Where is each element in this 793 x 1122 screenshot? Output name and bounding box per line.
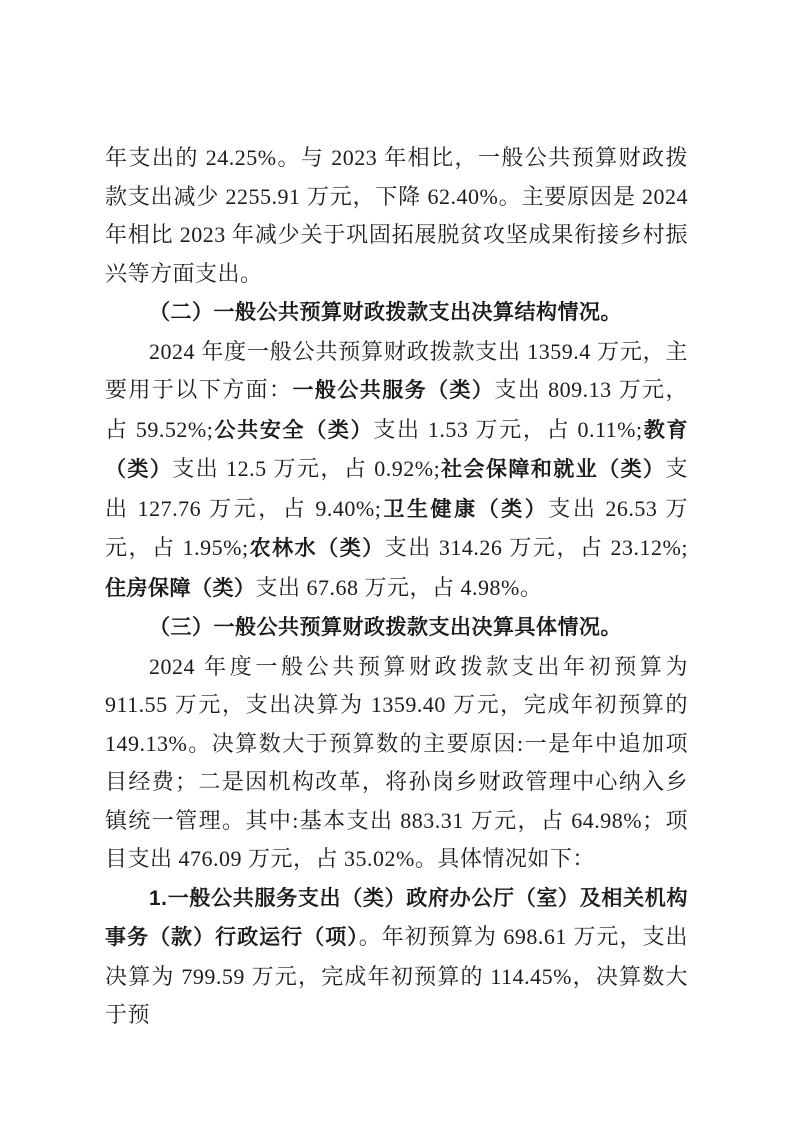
text-run: 支出 67.68 万元，占 4.98%。	[256, 575, 543, 600]
document-page: 年支出的 24.25%。与 2023 年相比，一般公共预算财政拨款支出减少 22…	[0, 0, 793, 1122]
category-name-social-security-employment: 社会保障和就业（类）	[440, 458, 665, 481]
text-run: 2024 年度一般公共预算财政拨款支出年初预算为 911.55 万元，支出决算为…	[105, 654, 688, 872]
heading-section-2: （二）一般公共预算财政拨款支出决算结构情况。	[105, 293, 688, 333]
category-name-agriculture-forestry-water: 农林水（类）	[249, 537, 385, 560]
category-name-housing-security: 住房保障（类）	[105, 577, 256, 600]
paragraph-continuation: 年支出的 24.25%。与 2023 年相比，一般公共预算财政拨款支出减少 22…	[105, 139, 688, 293]
text-run: 支出 1.53 万元，占 0.11%;	[373, 417, 642, 442]
category-name-public-security: 公共安全（类）	[213, 419, 373, 442]
text-run: 支出 314.26 万元，占 23.12%;	[385, 535, 688, 560]
paragraph-item-1: 1.一般公共服务支出（类）政府办公厅（室）及相关机构事务（款）行政运行（项）。年…	[105, 879, 688, 1035]
text-run: 支出 12.5 万元，占 0.92%;	[172, 456, 440, 481]
paragraph-structure: 2024 年度一般公共预算财政拨款支出 1359.4 万元，主要用于以下方面：一…	[105, 333, 688, 609]
heading-section-3: （三）一般公共预算财政拨款支出决算具体情况。	[105, 608, 688, 648]
heading-text: （三）一般公共预算财政拨款支出决算具体情况。	[149, 616, 622, 639]
category-name-general-public-services: 一般公共服务（类）	[292, 379, 494, 402]
category-name-health: 卫生健康（类）	[381, 498, 548, 521]
paragraph-detail: 2024 年度一般公共预算财政拨款支出年初预算为 911.55 万元，支出决算为…	[105, 648, 688, 879]
text-run: 年支出的 24.25%。与 2023 年相比，一般公共预算财政拨款支出减少 22…	[105, 145, 688, 286]
document-content: 年支出的 24.25%。与 2023 年相比，一般公共预算财政拨款支出减少 22…	[105, 139, 688, 1035]
heading-text: （二）一般公共预算财政拨款支出决算结构情况。	[149, 301, 622, 324]
